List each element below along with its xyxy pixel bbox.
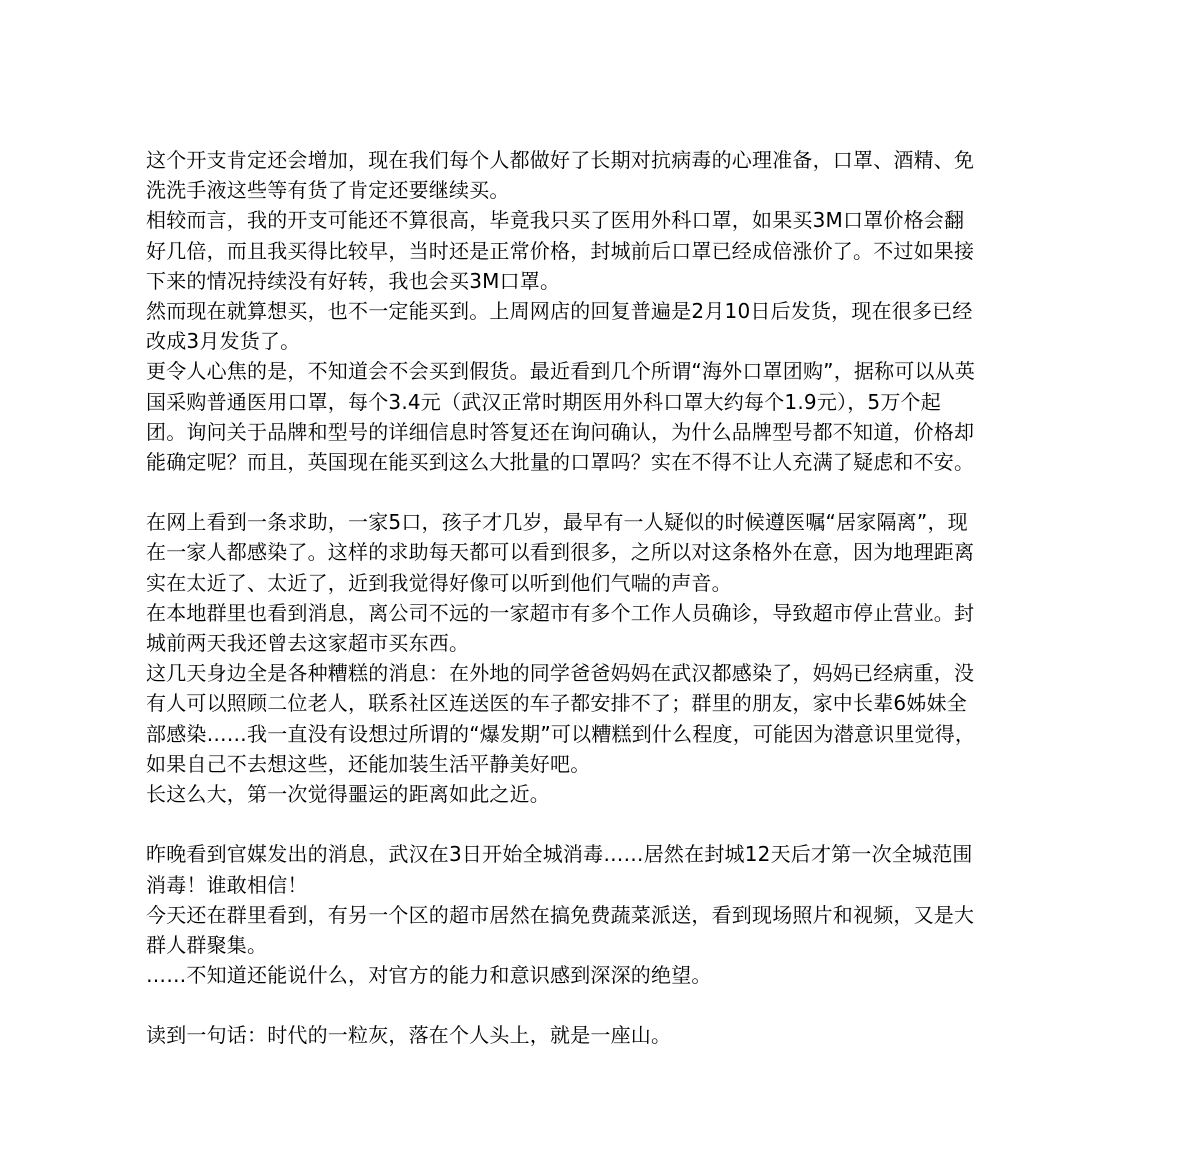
text-line: 洗洗手液这些等有货了肯定还要继续买。 — [146, 175, 1066, 205]
paragraph-help-request: 在网上看到一条求助，一家5口，孩子才几岁，最早有一人疑似的时候遵医嘱“居家隔离”… — [146, 507, 1066, 598]
text-line: 国采购普通医用口罩，每个3.4元（武汉正常时期医用外科口罩大约每个1.9元），5… — [146, 387, 1066, 417]
paragraph-spacer — [146, 990, 1066, 1020]
text-line: 长这么大，第一次觉得噩运的距离如此之近。 — [146, 779, 1066, 809]
paragraph-despair: ……不知道还能说什么，对官方的能力和意识感到深深的绝望。 — [146, 960, 1066, 990]
text-line: 消毒！谁敢相信！ — [146, 870, 1066, 900]
text-line: 昨晚看到官媒发出的消息，武汉在3日开始全城消毒……居然在封城12天后才第一次全城… — [146, 839, 1066, 869]
text-line: 下来的情况持续没有好转，我也会买3M口罩。 — [146, 266, 1066, 296]
text-line: 群人群聚集。 — [146, 930, 1066, 960]
text-line: 改成3月发货了。 — [146, 326, 1066, 356]
text-line: 能确定呢？而且，英国现在能买到这么大批量的口罩吗？实在不得不让人充满了疑虑和不安… — [146, 447, 1066, 477]
text-line: 相较而言，我的开支可能还不算很高，毕竟我只买了医用外科口罩，如果买3M口罩价格会… — [146, 205, 1066, 235]
text-line: 更令人心焦的是，不知道会不会买到假货。最近看到几个所谓“海外口罩团购”，据称可以… — [146, 356, 1066, 386]
text-line: 然而现在就算想买，也不一定能买到。上周网店的回复普遍是2月10日后发货，现在很多… — [146, 296, 1066, 326]
text-line: 在一家人都感染了。这样的求助每天都可以看到很多，之所以对这条格外在意，因为地理距… — [146, 537, 1066, 567]
text-line: 在本地群里也看到消息，离公司不远的一家超市有多个工作人员确诊，导致超市停止营业。… — [146, 598, 1066, 628]
text-line: 今天还在群里看到，有另一个区的超市居然在搞免费蔬菜派送，看到现场照片和视频，又是… — [146, 900, 1066, 930]
text-line: 部感染……我一直没有设想过所谓的“爆发期”可以糟糕到什么程度，可能因为潜意识里觉… — [146, 719, 1066, 749]
text-line: 在网上看到一条求助，一家5口，孩子才几岁，最早有一人疑似的时候遵医嘱“居家隔离”… — [146, 507, 1066, 537]
text-line: 团。询问关于品牌和型号的详细信息时答复还在询问确认，为什么品牌型号都不知道，价格… — [146, 417, 1066, 447]
text-line: 如果自己不去想这些，还能加装生活平静美好吧。 — [146, 749, 1066, 779]
paragraph-fake-goods: 更令人心焦的是，不知道会不会买到假货。最近看到几个所谓“海外口罩团购”，据称可以… — [146, 356, 1066, 477]
paragraph-disinfection: 昨晚看到官媒发出的消息，武汉在3日开始全城消毒……居然在封城12天后才第一次全城… — [146, 839, 1066, 899]
text-line: 好几倍，而且我买得比较早，当时还是正常价格，封城前后口罩已经成倍涨价了。不过如果… — [146, 236, 1066, 266]
paragraph-mask-cost: 相较而言，我的开支可能还不算很高，毕竟我只买了医用外科口罩，如果买3M口罩价格会… — [146, 205, 1066, 296]
paragraph-shipping-delay: 然而现在就算想买，也不一定能买到。上周网店的回复普遍是2月10日后发货，现在很多… — [146, 296, 1066, 356]
paragraph-spacer — [146, 477, 1066, 507]
text-line: 实在太近了、太近了，近到我觉得好像可以听到他们气喘的声音。 — [146, 568, 1066, 598]
text-line: 这几天身边全是各种糟糕的消息：在外地的同学爸爸妈妈在武汉都感染了，妈妈已经病重，… — [146, 658, 1066, 688]
text-line: ……不知道还能说什么，对官方的能力和意识感到深深的绝望。 — [146, 960, 1066, 990]
paragraph-quote: 读到一句话：时代的一粒灰，落在个人头上，就是一座山。 — [146, 1020, 1066, 1050]
paragraph-spacer — [146, 809, 1066, 839]
paragraph-expense-increase: 这个开支肯定还会增加，现在我们每个人都做好了长期对抗病毒的心理准备，口罩、酒精、… — [146, 145, 1066, 205]
text-line: 有人可以照顾二位老人，联系社区连送医的车子都安排不了；群里的朋友，家中长辈6姊妹… — [146, 688, 1066, 718]
text-line: 读到一句话：时代的一粒灰，落在个人头上，就是一座山。 — [146, 1020, 1066, 1050]
paragraph-vegetable-giveaway: 今天还在群里看到，有另一个区的超市居然在搞免费蔬菜派送，看到现场照片和视频，又是… — [146, 900, 1066, 960]
paragraph-misfortune-near: 长这么大，第一次觉得噩运的距离如此之近。 — [146, 779, 1066, 809]
document-page: 这个开支肯定还会增加，现在我们每个人都做好了长期对抗病毒的心理准备，口罩、酒精、… — [146, 145, 1066, 1051]
text-line: 城前两天我还曾去这家超市买东西。 — [146, 628, 1066, 658]
paragraph-supermarket-closed: 在本地群里也看到消息，离公司不远的一家超市有多个工作人员确诊，导致超市停止营业。… — [146, 598, 1066, 658]
text-line: 这个开支肯定还会增加，现在我们每个人都做好了长期对抗病毒的心理准备，口罩、酒精、… — [146, 145, 1066, 175]
paragraph-bad-news: 这几天身边全是各种糟糕的消息：在外地的同学爸爸妈妈在武汉都感染了，妈妈已经病重，… — [146, 658, 1066, 779]
